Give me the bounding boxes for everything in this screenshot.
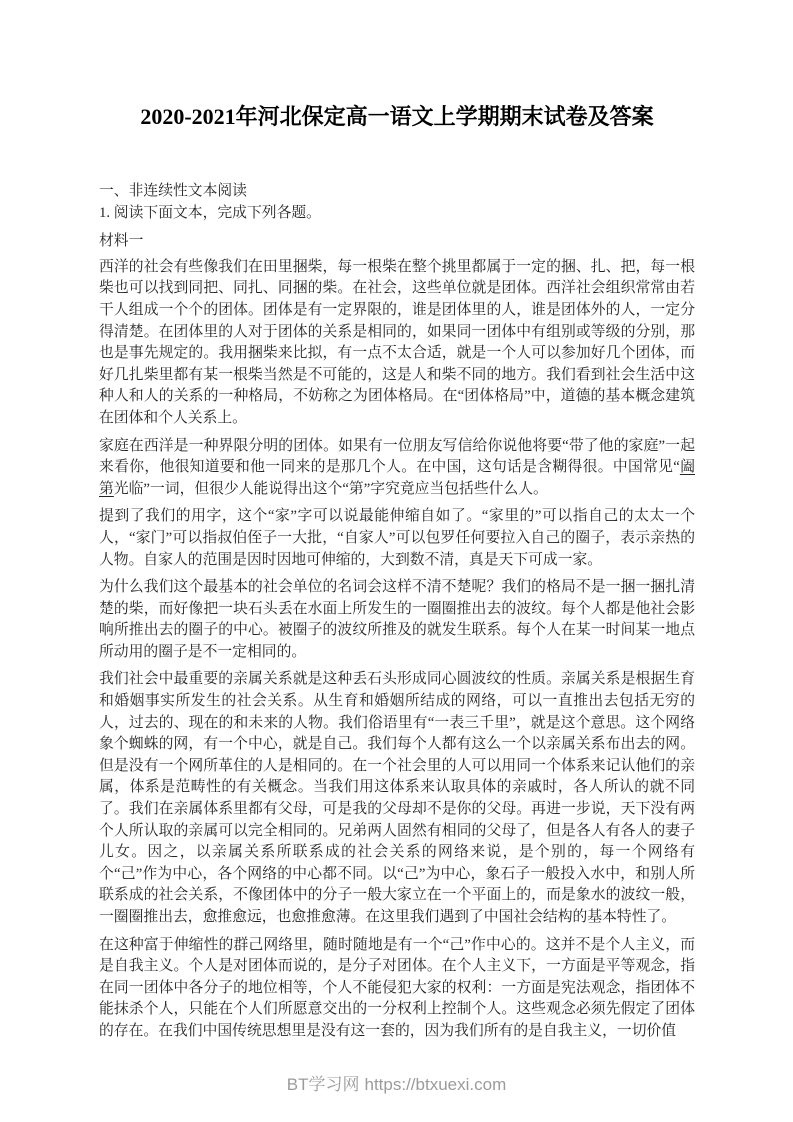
paragraph-text: 光临”一词，但很少人能说得出这个“第”字究竟应当包括些什么人。 [114,481,548,497]
material-label: 材料一 [99,231,695,253]
paragraph-text: 家庭在西洋是一种界限分明的团体。如果有一位朋友写信给你说他将要“带了他的家庭”一… [99,438,695,476]
section-heading: 一、非连续性文本阅读 [99,181,695,203]
footer-site-name: BT学习网 [287,1075,360,1094]
page-title: 2020-2021年河北保定高一语文上学期期末试卷及答案 [99,104,695,130]
paragraph-text: 我们社会中最重要的亲属关系就是这种丢石头形成同心圆波纹的性质。亲属关系是根据生育… [99,671,695,925]
footer-url: https://btxuexi.com [365,1075,507,1094]
material-paragraphs: 西洋的社会有些像我们在田里捆柴，每一根柴在整个挑里都属于一定的捆、扎、把，每一根… [99,257,695,1043]
paragraph: 我们社会中最重要的亲属关系就是这种丢石头形成同心圆波纹的性质。亲属关系是根据生育… [99,669,695,928]
paragraph: 西洋的社会有些像我们在田里捆柴，每一根柴在整个挑里都属于一定的捆、扎、把，每一根… [99,257,695,430]
paragraph: 在这种富于伸缩性的群己网络里，随时随地是有一个“己”作中心的。这并不是个人主义，… [99,935,695,1043]
question-lead: 1. 阅读下面文本，完成下列各题。 [99,203,695,225]
paragraph-text: 西洋的社会有些像我们在田里捆柴，每一根柴在整个挑里都属于一定的捆、扎、把，每一根… [99,259,695,426]
paragraph: 提到了我们的用字，这个“家”字可以说最能伸缩自如了。“家里的”可以指自己的太太一… [99,506,695,571]
paragraph-text: 提到了我们的用字，这个“家”字可以说最能伸缩自如了。“家里的”可以指自己的太太一… [99,508,695,567]
document-page: 2020-2021年河北保定高一语文上学期期末试卷及答案 一、非连续性文本阅读 … [99,0,695,1049]
paragraph: 为什么我们这个最基本的社会单位的名词会这样不清不楚呢？我们的格局不是一捆一捆扎清… [99,577,695,663]
paragraph: 家庭在西洋是一种界限分明的团体。如果有一位朋友写信给你说他将要“带了他的家庭”一… [99,436,695,501]
footer-watermark: BT学习网https://btxuexi.com [0,1070,793,1095]
paragraph-text: 在这种富于伸缩性的群己网络里，随时随地是有一个“己”作中心的。这并不是个人主义，… [99,937,695,1039]
paragraph-text: 为什么我们这个最基本的社会单位的名词会这样不清不楚呢？我们的格局不是一捆一捆扎清… [99,579,695,660]
